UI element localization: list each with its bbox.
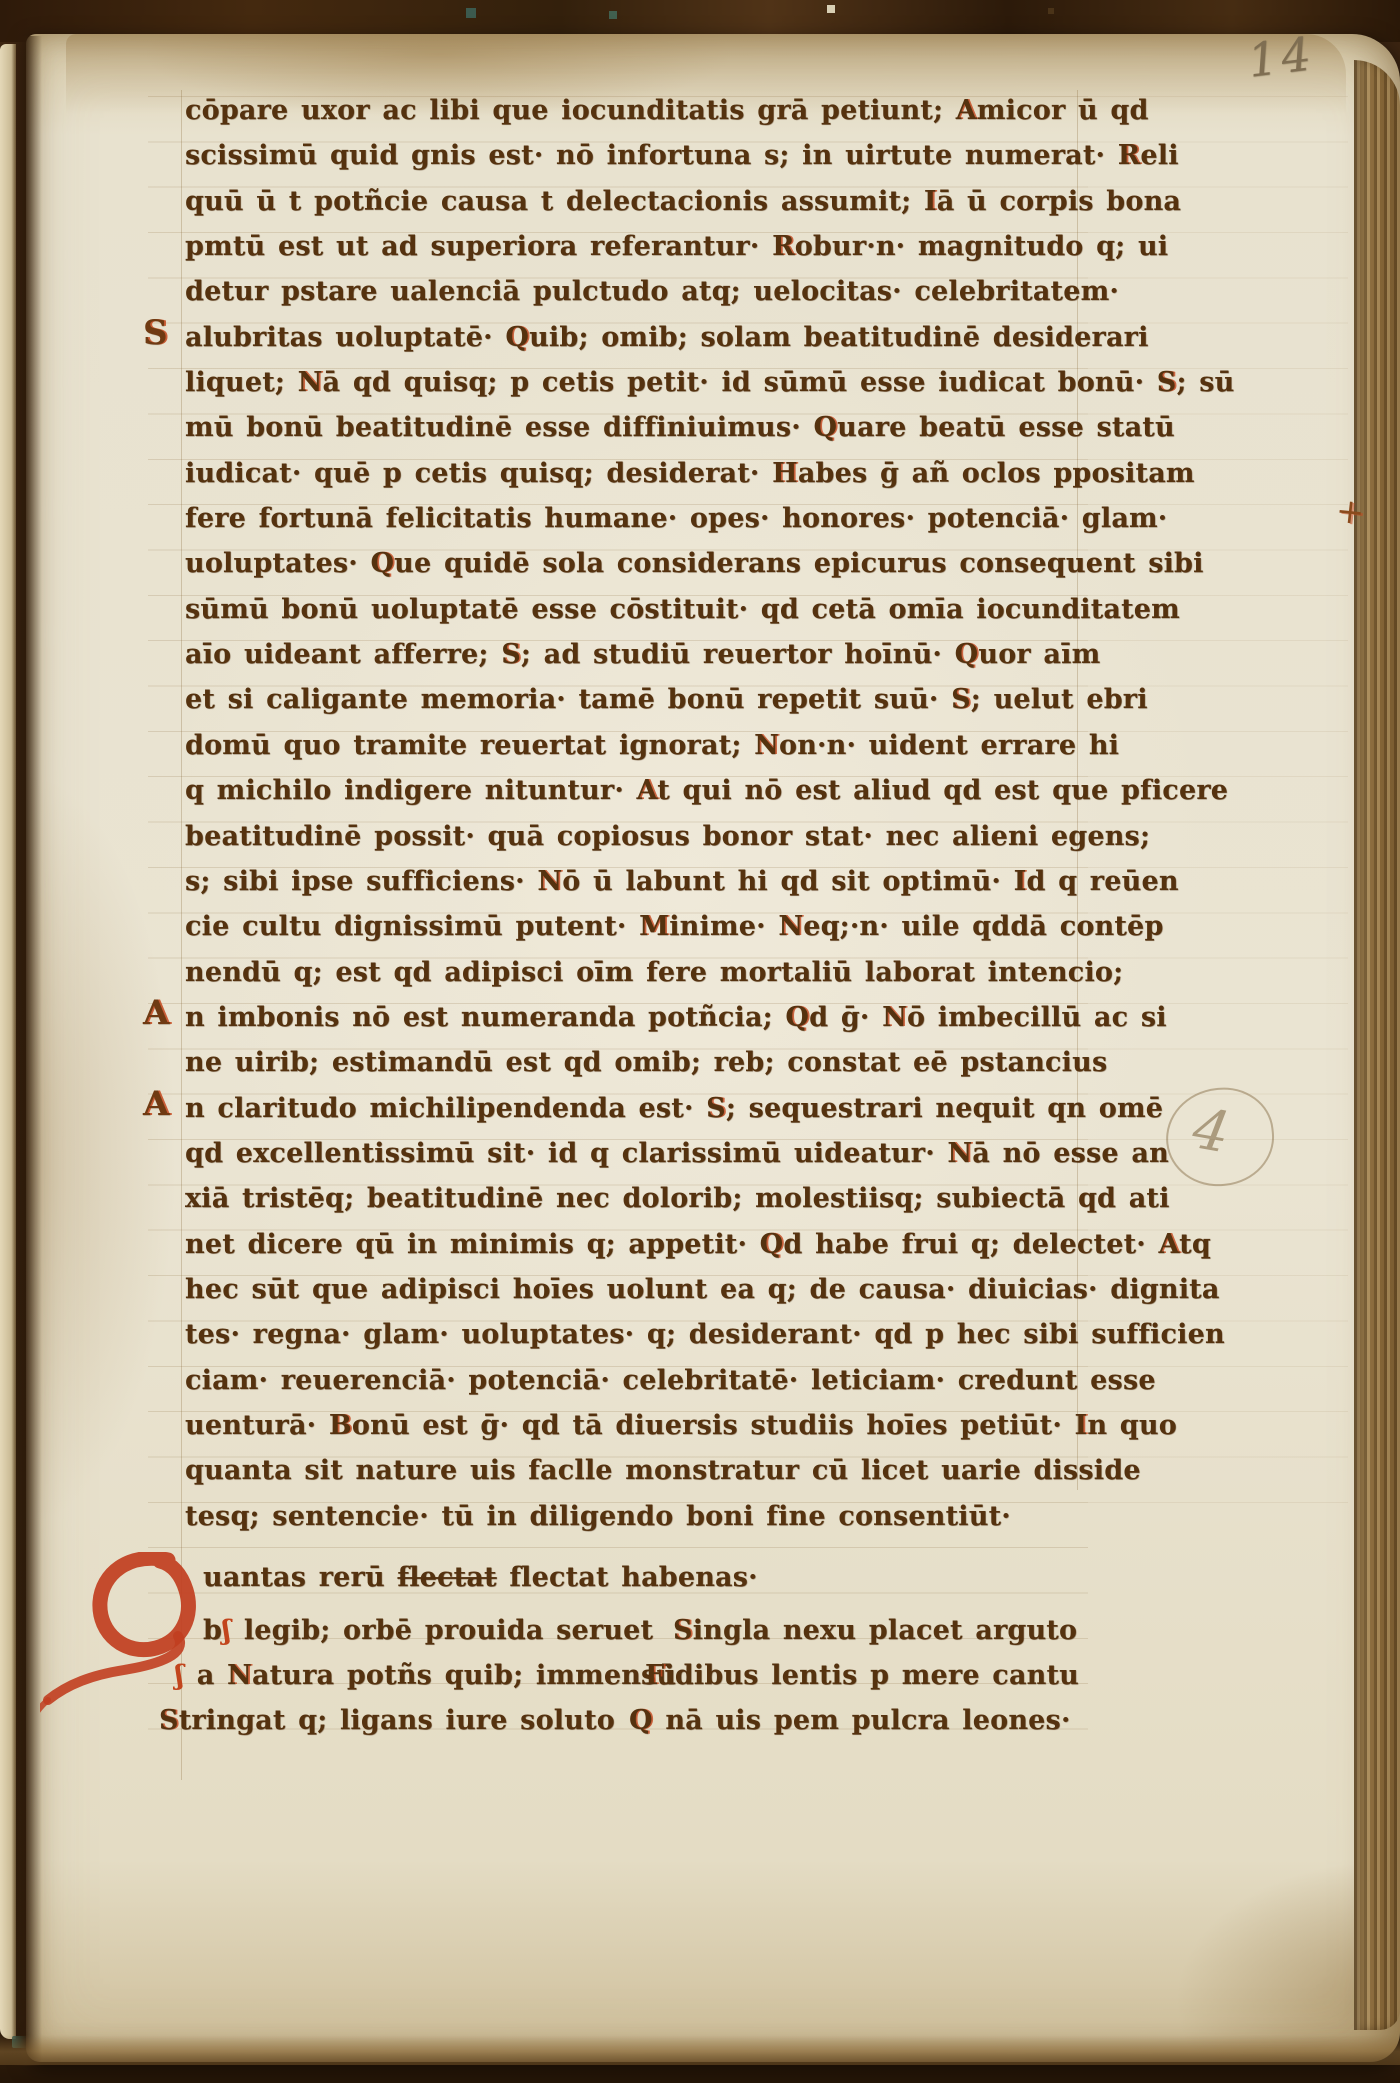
text-segment: detur pstare ualenciā pulctudo atq; uelo… [185, 276, 1119, 307]
text-segment: iudicat· quē p cetis quisq; desiderat· [185, 458, 772, 489]
manuscript-line: ne uirib; estimandū est qd omib; reb; co… [185, 1040, 1234, 1085]
initial-q-drawing [40, 1552, 230, 1727]
text-segment: N [537, 866, 562, 897]
text-segment: sūmū bonū uoluptatē esse cōstituit· qd c… [185, 594, 1180, 625]
text-segment: flectat [397, 1562, 496, 1593]
manuscript-text-block: cōpare uxor ac libi que iocunditatis grā… [185, 88, 1234, 1616]
text-segment: on·n· uident errare hi [779, 730, 1119, 761]
manuscript-line: net dicere qū in minimis q; appetit· Qd … [185, 1222, 1234, 1267]
manuscript-line: uoluptates· Que quidē sola considerans e… [185, 541, 1234, 586]
text-segment: ā ū corpis bona [937, 186, 1181, 217]
large-rubricated-initial-q: Q [40, 1552, 230, 1727]
text-segment: ; uelut ebri [971, 684, 1148, 715]
manuscript-line: et si caligante memoria· tamē bonū repet… [185, 677, 1234, 722]
verse-line-right: Q nā uis pem pulcra leones· [629, 1698, 1071, 1743]
text-segment: ā nō esse an [972, 1138, 1169, 1169]
manuscript-line: qd excellentissimū sit· id q clarissimū … [185, 1131, 1234, 1176]
manuscript-line: quū ū t potñcie causa t delectacionis as… [185, 179, 1234, 224]
text-segment: mū bonū beatitudinē esse diffiniuimus· [185, 412, 813, 443]
gutter-shadow [12, 36, 42, 2066]
text-segment: ; sequestrari nequit qn omē [726, 1093, 1163, 1124]
text-segment: inime· [669, 911, 778, 942]
manuscript-line: sūmū bonū uoluptatē esse cōstituit· qd c… [185, 587, 1234, 632]
text-segment: xiā tristēq; beatitudinē nec dolorib; mo… [185, 1183, 1170, 1214]
manuscript-line: cōpare uxor ac libi que iocunditatis grā… [185, 88, 1234, 133]
text-segment: nā uis pem pulcra leones· [653, 1705, 1071, 1736]
verse-row: Stringat q; ligans iure solutoQ nā uis p… [185, 1698, 1090, 1743]
text-segment: tringat q; ligans iure soluto [179, 1705, 615, 1736]
manuscript-line: An claritudo michilipendenda est· S; seq… [185, 1086, 1234, 1131]
text-segment: net dicere qū in minimis q; appetit· [185, 1229, 760, 1260]
text-segment: Q [785, 1002, 809, 1033]
text-segment: F [645, 1660, 664, 1691]
manuscript-line: An imbonis nō est numeranda potñcia; Qd … [185, 995, 1234, 1040]
text-segment: Q [629, 1705, 653, 1736]
text-segment: uenturā· [185, 1410, 329, 1441]
text-segment: obur·n· magnitudo q; ui [795, 231, 1169, 262]
text-segment: I [1075, 1410, 1088, 1441]
text-segment: legib; orbē prouida seruet [231, 1615, 653, 1646]
text-segment: A [956, 95, 977, 126]
rubricated-margin-initial: A [143, 1082, 170, 1127]
text-segment: N [227, 1660, 252, 1691]
text-segment: liquet; [185, 367, 298, 398]
text-segment: I [1014, 866, 1027, 897]
text-segment: idibus lentis p mere cantu [664, 1660, 1079, 1691]
text-segment: Q [505, 322, 529, 353]
manuscript-line: fere fortunā felicitatis humane· opes· h… [185, 496, 1234, 541]
text-segment: R [1118, 140, 1141, 171]
text-segment: tes· regna· glam· uoluptates· q; desider… [185, 1319, 1225, 1350]
page-bottom-edge [0, 2035, 1400, 2065]
verse-row: bʃ legib; orbē prouida seruetSingla nexu… [185, 1608, 1090, 1653]
text-segment: et si caligante memoria· tamē bonū repet… [185, 684, 951, 715]
manuscript-line: uenturā· Bonū est ḡ· qd tā diuersis stud… [185, 1403, 1234, 1448]
verse-block: bʃ legib; orbē prouida seruetSingla nexu… [185, 1608, 1090, 1743]
text-segment: t qui nō est aliud qd est que pficere [657, 775, 1228, 806]
manuscript-line: nendū q; est qd adipisci oīm fere mortal… [185, 950, 1234, 995]
text-segment: onū est ḡ· qd tā diuersis studiis hoīes … [352, 1410, 1075, 1441]
text-segment: n imbonis nō est numeranda potñcia; [185, 1002, 785, 1033]
text-segment: Q [760, 1229, 784, 1260]
text-segment: N [947, 1138, 972, 1169]
manuscript-line: hec sūt que adipisci hoīes uolunt ea q; … [185, 1267, 1234, 1312]
manuscript-line: s; sibi ipse sufficiens· Nō ū labunt hi … [185, 859, 1234, 904]
text-segment: d habe frui q; delectet· [783, 1229, 1158, 1260]
text-segment: domū quo tramite reuertat ignorat; [185, 730, 754, 761]
manuscript-line: uantas rerū flectat flectat habenas· [203, 1539, 1234, 1616]
text-segment: S [706, 1093, 726, 1124]
manuscript-line: pmtū est ut ad superiora referantur· Rob… [185, 224, 1234, 269]
text-segment: ne uirib; estimandū est qd omib; reb; co… [185, 1047, 1107, 1078]
text-segment: N [778, 911, 803, 942]
text-segment: ā qd quisq; p cetis petit· id sūmū esse … [323, 367, 1157, 398]
manuscript-line: iudicat· quē p cetis quisq; desiderat· H… [185, 451, 1234, 496]
manuscript-line: tes· regna· glam· uoluptates· q; desider… [185, 1312, 1234, 1357]
text-segment: uor aīm [978, 639, 1100, 670]
manuscript-line: tesq; sentencie· tū in diligendo boni fi… [185, 1494, 1234, 1539]
text-segment: S [951, 684, 971, 715]
text-segment: S [1157, 367, 1177, 398]
text-segment: A [1158, 1229, 1179, 1260]
ruling-line-left-margin [181, 90, 182, 1780]
text-segment: uantas rerū [203, 1562, 397, 1593]
rubricated-margin-initial: A [143, 991, 170, 1036]
manuscript-line: liquet; Nā qd quisq; p cetis petit· id s… [185, 360, 1234, 405]
text-segment: ciam· reuerenciā· potenciā· celebritatē·… [185, 1365, 1156, 1396]
text-segment: s; sibi ipse sufficiens· [185, 866, 537, 897]
verse-line-right: Singla nexu placet arguto [673, 1608, 1077, 1653]
text-segment: q michilo indigere nituntur· [185, 775, 637, 806]
fore-edge-page-stack [1354, 60, 1400, 2030]
manuscript-line: Salubritas uoluptatē· Quib; omib; solam … [185, 315, 1234, 360]
text-segment: N [754, 730, 779, 761]
text-segment: eli [1140, 140, 1178, 171]
verse-line-left: bʃ legib; orbē prouida seruet [185, 1608, 673, 1653]
text-segment: cōpare uxor ac libi que iocunditatis grā… [185, 95, 956, 126]
text-segment: tq [1179, 1229, 1211, 1260]
text-segment: beatitudinē possit· quā copiosus bonor s… [185, 821, 1150, 852]
text-segment: H [772, 458, 798, 489]
text-segment: cie cultu dignissimū putent· [185, 911, 639, 942]
text-segment: ingla nexu placet arguto [693, 1615, 1077, 1646]
manuscript-line: quanta sit nature uis faclle monstratur … [185, 1448, 1234, 1493]
text-segment: micor ū qd [977, 95, 1149, 126]
text-segment: S [673, 1615, 693, 1646]
text-segment: qd excellentissimū sit· id q clarissimū … [185, 1138, 947, 1169]
text-segment: d q reūen [1026, 866, 1178, 897]
manuscript-line: detur pstare ualenciā pulctudo atq; uelo… [185, 269, 1234, 314]
text-segment: n quo [1087, 1410, 1177, 1441]
text-segment: Q [813, 412, 837, 443]
folio-number: 14 [1245, 26, 1318, 88]
manuscript-line: scissimū quid gnis est· nō infortuna s; … [185, 133, 1234, 178]
manuscript-line: mū bonū beatitudinē esse diffiniuimus· Q… [185, 405, 1234, 450]
text-segment: abes ḡ añ oclos ppositam [798, 458, 1195, 489]
text-segment: alubritas uoluptatē· [185, 322, 505, 353]
text-segment: N [882, 1002, 907, 1033]
manuscript-line: xiā tristēq; beatitudinē nec dolorib; mo… [185, 1176, 1234, 1221]
manuscript-line: ciam· reuerenciā· potenciā· celebritatē·… [185, 1358, 1234, 1403]
text-segment: Q [370, 548, 394, 579]
manuscript-photo: 14 4 + cōpare uxor ac libi que iocundita… [0, 0, 1400, 2083]
text-segment: B [329, 1410, 352, 1441]
text-segment: A [637, 775, 658, 806]
text-segment: ō imbecillū ac si [907, 1002, 1167, 1033]
text-segment: ō ū labunt hi qd sit optimū· [562, 866, 1013, 897]
text-segment: Q [955, 639, 979, 670]
text-segment: ; ad studiū reuertor hoīnū· [521, 639, 955, 670]
text-segment: uib; omib; solam beatitudinē desiderari [529, 322, 1148, 353]
text-segment: scissimū quid gnis est· nō infortuna s; … [185, 140, 1118, 171]
text-segment: R [772, 231, 795, 262]
text-segment: M [639, 911, 669, 942]
text-segment: n claritudo michilipendenda est· [185, 1093, 706, 1124]
text-segment: N [298, 367, 323, 398]
text-segment: I [924, 186, 937, 217]
text-segment: atura potñs quib; immensū [252, 1660, 676, 1691]
rubricated-margin-initial: S [143, 311, 168, 356]
text-segment: ; sū [1176, 367, 1234, 398]
manuscript-line: beatitudinē possit· quā copiosus bonor s… [185, 814, 1234, 859]
margin-annotation-mark: 4 [1188, 1096, 1234, 1166]
text-segment: d ḡ· [809, 1002, 882, 1033]
manuscript-line: cie cultu dignissimū putent· Minime· Neq… [185, 904, 1234, 949]
text-segment: fere fortunā felicitatis humane· opes· h… [185, 503, 1167, 534]
text-segment: pmtū est ut ad superiora referantur· [185, 231, 772, 262]
text-segment: S [501, 639, 521, 670]
verse-line-left: ʃ a Natura potñs quib; immensū [175, 1653, 645, 1698]
verse-row: ʃ a Natura potñs quib; immensūFidibus le… [185, 1653, 1090, 1698]
fore-edge-mark: + [1334, 491, 1367, 534]
ink-speckles [0, 0, 4, 4]
text-segment: eq;·n· uile qddā contēp [803, 911, 1163, 942]
text-segment: uoluptates· [185, 548, 370, 579]
text-segment: nendū q; est qd adipisci oīm fere mortal… [185, 957, 1123, 988]
manuscript-line: q michilo indigere nituntur· At qui nō e… [185, 768, 1234, 813]
text-segment: uare beatū esse statū [837, 412, 1175, 443]
manuscript-line: domū quo tramite reuertat ignorat; Non·n… [185, 723, 1234, 768]
verse-line-right: Fidibus lentis p mere cantu [645, 1653, 1079, 1698]
text-segment: tesq; sentencie· tū in diligendo boni fi… [185, 1501, 1011, 1532]
text-segment: ue quidē sola considerans epicurus conse… [394, 548, 1203, 579]
text-segment: quanta sit nature uis faclle monstratur … [185, 1455, 1141, 1486]
text-segment: flectat habenas· [497, 1562, 758, 1593]
text-segment: aīo uideant afferre; [185, 639, 501, 670]
manuscript-line: aīo uideant afferre; S; ad studiū reuert… [185, 632, 1234, 677]
text-segment: hec sūt que adipisci hoīes uolunt ea q; … [185, 1274, 1220, 1305]
text-segment: quū ū t potñcie causa t delectacionis as… [185, 186, 924, 217]
